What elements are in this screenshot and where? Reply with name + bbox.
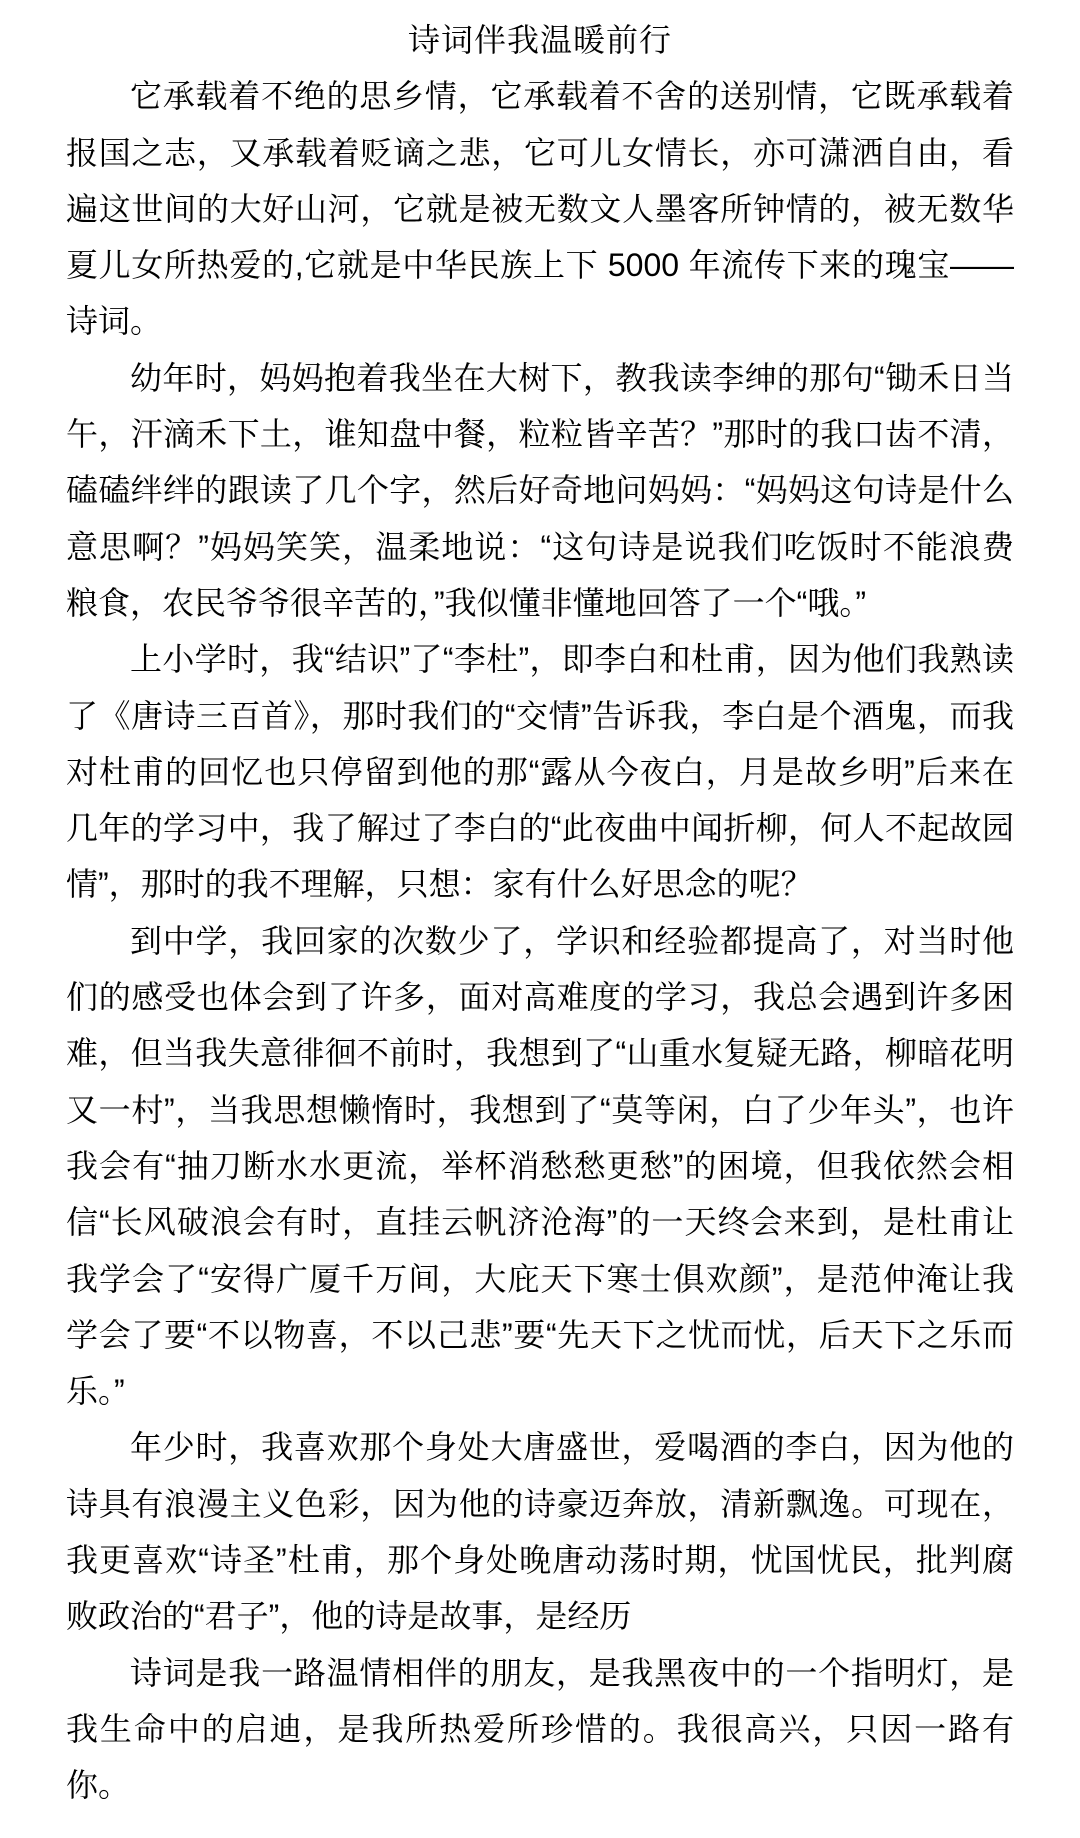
essay-paragraph-1: 它承载着不绝的思乡情，它承载着不舍的送别情，它既承载着报国之志，又承载着贬谪之悲… <box>66 68 1014 349</box>
essay-page: 诗词伴我温暖前行 它承载着不绝的思乡情，它承载着不舍的送别情，它既承载着报国之志… <box>0 0 1080 1838</box>
essay-paragraph-5: 年少时，我喜欢那个身处大唐盛世，爱喝酒的李白，因为他的诗具有浪漫主义色彩，因为他… <box>66 1419 1014 1644</box>
essay-paragraph-2: 幼年时，妈妈抱着我坐在大树下，教我读李绅的那句“锄禾日当午，汗滴禾下土，谁知盘中… <box>66 350 1014 631</box>
essay-paragraph-6: 诗词是我一路温情相伴的朋友，是我黑夜中的一个指明灯，是我生命中的启迪，是我所热爱… <box>66 1645 1014 1814</box>
essay-title: 诗词伴我温暖前行 <box>66 12 1014 68</box>
essay-paragraph-4: 到中学，我回家的次数少了，学识和经验都提高了，对当时他们的感受也体会到了许多，面… <box>66 913 1014 1420</box>
essay-paragraph-3: 上小学时，我“结识”了“李杜”，即李白和杜甫，因为他们我熟读了《唐诗三百首》，那… <box>66 631 1014 912</box>
